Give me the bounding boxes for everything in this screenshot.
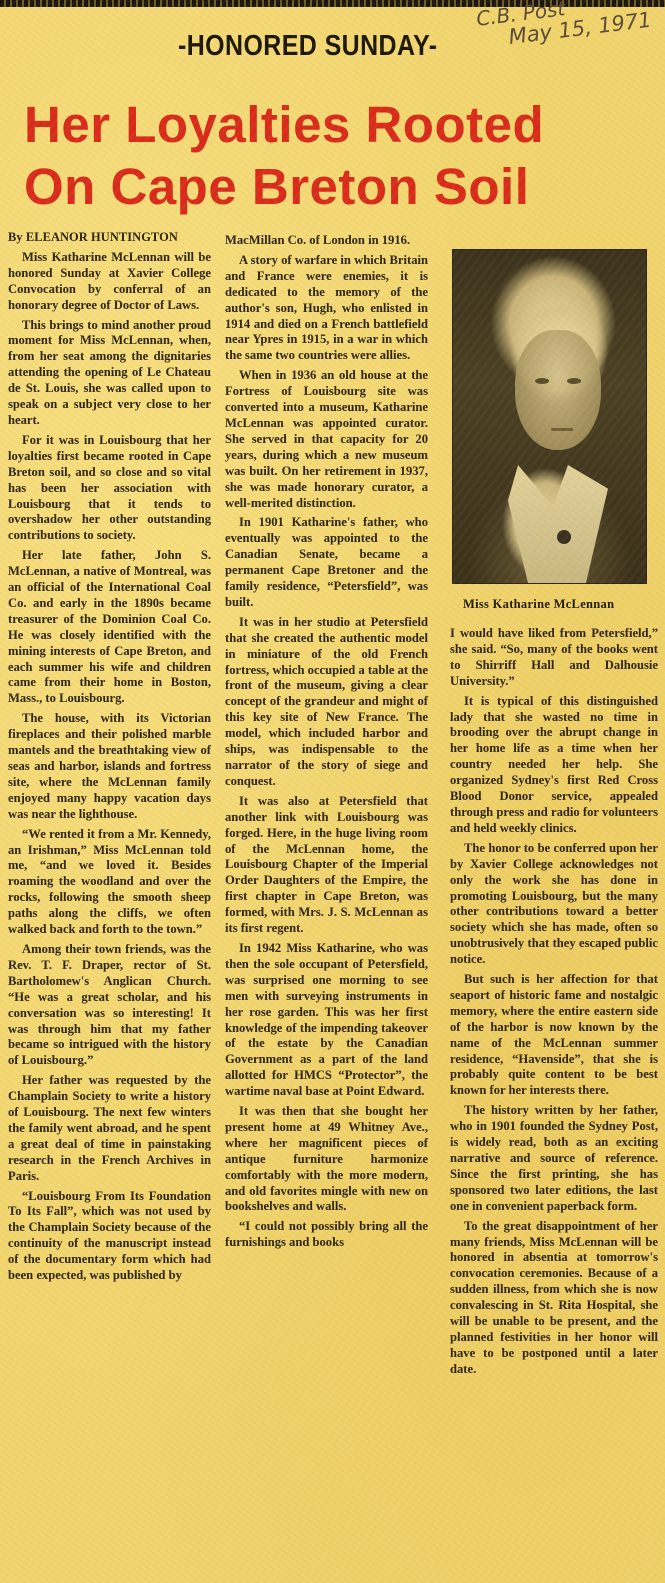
paragraph: Among their town friends, was the Rev. T… <box>8 942 211 1069</box>
portrait-photo <box>452 249 647 584</box>
paragraph: When in 1936 an old house at the Fortres… <box>225 368 428 511</box>
paragraph: I would have liked from Petersfield,” sh… <box>450 626 658 690</box>
paragraph: But such is her affection for that seapo… <box>450 972 658 1099</box>
paragraph: Miss Katharine McLennan will be honored … <box>8 250 211 314</box>
headline-line-2: On Cape Breton Soil <box>24 156 544 218</box>
paragraph: Her late father, John S. McLennan, a nat… <box>8 548 211 707</box>
portrait-face <box>515 330 601 450</box>
paragraph: This brings to mind another proud moment… <box>8 318 211 429</box>
paragraph: MacMillan Co. of London in 1916. <box>225 233 428 249</box>
article-column-3: I would have liked from Petersfield,” sh… <box>450 626 658 1382</box>
paragraph: “We rented it from a Mr. Kennedy, an Iri… <box>8 827 211 938</box>
headline: Her Loyalties Rooted On Cape Breton Soil <box>24 94 544 218</box>
article-column-2: MacMillan Co. of London in 1916. A story… <box>225 233 428 1255</box>
paragraph: For it was in Louisbourg that her loyalt… <box>8 433 211 544</box>
paragraph: The house, with its Victorian fireplaces… <box>8 711 211 822</box>
paragraph: It is typical of this distinguished lady… <box>450 694 658 837</box>
photo-caption: Miss Katharine McLennan <box>463 597 648 612</box>
paragraph: A story of warfare in which Britain and … <box>225 253 428 364</box>
paragraph: The honor to be conferred upon her by Xa… <box>450 841 658 968</box>
paragraph: In 1942 Miss Katharine, who was then the… <box>225 941 428 1100</box>
paragraph: The history written by her father, who i… <box>450 1103 658 1214</box>
newspaper-clipping: C.B. Post May 15, 1971 -HONORED SUNDAY- … <box>0 0 665 1583</box>
handwritten-annotation: C.B. Post May 15, 1971 <box>475 0 653 52</box>
byline: By ELEANOR HUNTINGTON <box>8 230 211 246</box>
paragraph: It was then that she bought her present … <box>225 1104 428 1215</box>
portrait-collar <box>508 465 608 583</box>
paragraph: “I could not possibly bring all the furn… <box>225 1219 428 1251</box>
portrait-brooch <box>557 530 571 544</box>
kicker-heading: -HONORED SUNDAY- <box>178 30 438 63</box>
article-column-1: By ELEANOR HUNTINGTON Miss Katharine McL… <box>8 230 211 1288</box>
paragraph: It was in her studio at Petersfield that… <box>225 615 428 790</box>
paragraph: “Louisbourg From Its Foundation To Its F… <box>8 1189 211 1284</box>
paragraph: To the great disappointment of her many … <box>450 1219 658 1378</box>
paragraph: In 1901 Katharine's father, who eventual… <box>225 515 428 610</box>
portrait-mouth <box>551 428 573 431</box>
paragraph: Her father was requested by the Champlai… <box>8 1073 211 1184</box>
portrait-eye <box>535 378 549 384</box>
portrait-eye <box>567 378 581 384</box>
paragraph: It was also at Petersfield that another … <box>225 794 428 937</box>
headline-line-1: Her Loyalties Rooted <box>24 94 544 156</box>
